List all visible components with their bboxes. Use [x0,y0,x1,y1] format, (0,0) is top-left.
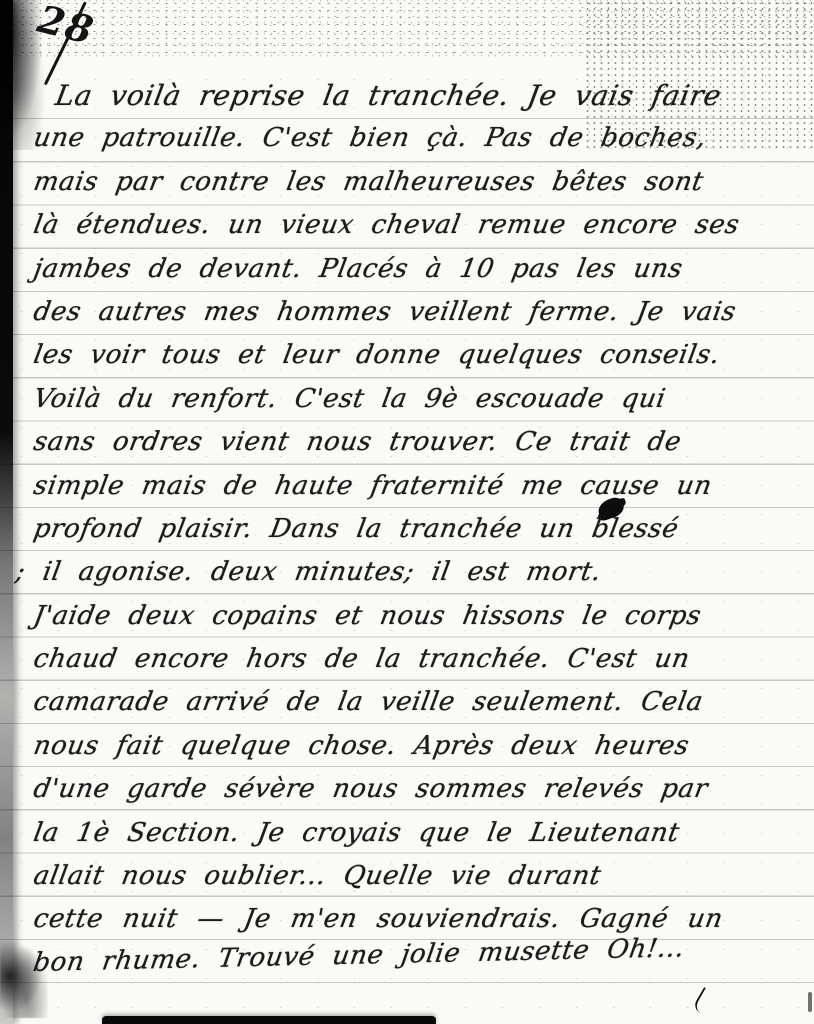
handwritten-line: Voilà du renfort. C'est la 9è escouade q… [30,378,814,421]
manuscript-page: 28 La voilà reprise la tranchée. Je vais… [0,0,814,1024]
handwritten-line: ; il agonise. deux minutes; il est mort. [12,551,814,594]
handwritten-line: la 1è Section. Je croyais que le Lieuten… [30,812,814,855]
pen-flourish-mark [691,987,720,1015]
handwritten-line: là étendues. un vieux cheval remue encor… [30,204,814,247]
scan-noise-top [0,0,814,58]
handwritten-line: J'aide deux copains et nous hissons le c… [30,595,814,638]
handwritten-line: chaud encore hors de la tranchée. C'est … [30,638,814,681]
handwritten-line: simple mais de haute fraternité me cause… [30,465,814,508]
handwritten-line: sans ordres vient nous trouver. Ce trait… [30,421,814,464]
scan-edge-left [0,0,13,1024]
handwritten-line: profond plaisir. Dans la tranchée un ble… [30,508,814,551]
handwritten-line: d'une garde sévère nous sommes relevés p… [30,768,814,811]
handwritten-line: les voir tous et leur donne quelques con… [30,334,814,377]
handwritten-line: camarade arrivé de la veille seulement. … [30,681,814,724]
handwritten-text-block: La voilà reprise la tranchée. Je vais fa… [30,74,806,985]
handwritten-line: des autres mes hommes veillent ferme. Je… [30,291,814,334]
handwritten-line: jambes de devant. Placés à 10 pas les un… [30,248,814,291]
scan-edge-bottom [102,1016,436,1024]
handwritten-line: La voilà reprise la tranchée. Je vais fa… [30,74,814,117]
handwritten-line: nous fait quelque chose. Après deux heur… [30,725,814,768]
handwritten-line: une patrouille. C'est bien çà. Pas de bo… [30,117,814,160]
scan-speck-bottom-right [808,992,812,1012]
handwritten-line: allait nous oublier... Quelle vie durant [30,855,814,898]
handwritten-line: mais par contre les malheureuses bêtes s… [30,161,814,204]
